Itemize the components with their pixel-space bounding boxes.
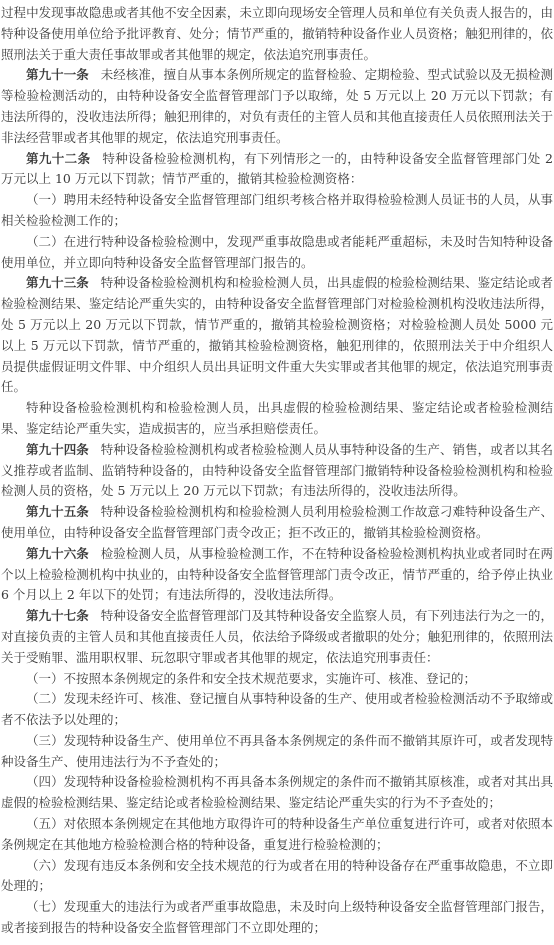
article-number: 第九十一条 (26, 67, 89, 82)
article-paragraph: 第九十七条特种设备安全监督管理部门及其特种设备安全监察人员，有下列违法行为之一的… (1, 606, 553, 668)
paragraph-text: （六）发现有违反本条例和安全技术规范的行为或者在用的特种设备存在严重事故隐患，不… (1, 858, 553, 894)
paragraph-text: （三）发现特种设备生产、使用单位不再具备本条例规定的条件而不撤销其原许可，或者发… (1, 733, 553, 769)
article-paragraph: 第九十六条检验检测人员，从事检验检测工作，不在特种设备检验检测机构执业或者同时在… (1, 544, 553, 606)
article-paragraph: 第九十二条特种设备检验检测机构，有下列情形之一的，由特种设备安全监督管理部门处 … (1, 149, 553, 191)
article-paragraph: 第九十四条特种设备检验检测机构或者检验检测人员从事特种设备的生产、销售，或者以其… (1, 440, 553, 502)
paragraph-text: （一）不按照本条例规定的条件和安全技术规范要求，实施许可、核准、登记的； (26, 671, 476, 686)
article-number: 第九十五条 (26, 504, 89, 519)
paragraph: （四）发现特种设备检验检测机构不再具备本条例规定的条件而不撤销其原核准，或者对其… (1, 772, 553, 814)
document-body: 过程中发现事故隐患或者其他不安全因素，未立即向现场安全管理人员和单位有关负责人报… (1, 3, 553, 939)
article-paragraph: 第九十五条特种设备检验检测机构和检验检测人员利用检验检测工作故意刁难特种设备生产… (1, 502, 553, 544)
paragraph: （五）对依照本条例规定在其他地方取得许可的特种设备生产单位重复进行许可，或者对依… (1, 814, 553, 856)
paragraph-text: （七）发现重大的违法行为或者严重事故隐患，未及时向上级特种设备安全监督管理部门报… (1, 899, 553, 935)
paragraph: 过程中发现事故隐患或者其他不安全因素，未立即向现场安全管理人员和单位有关负责人报… (1, 3, 553, 65)
paragraph-text: 特种设备检验检测机构和检验检测人员，出具虚假的检验检测结果、鉴定结论或者检验检测… (1, 400, 553, 436)
paragraph: （一）聘用未经特种设备安全监督管理部门组织考核合格并取得检验检测人员证书的人员，… (1, 190, 553, 232)
article-number: 第九十六条 (26, 546, 89, 561)
paragraph: （二）在进行特种设备检验检测中，发现严重事故隐患或者能耗严重超标，未及时告知特种… (1, 232, 553, 274)
paragraph-text: （二）在进行特种设备检验检测中，发现严重事故隐患或者能耗严重超标，未及时告知特种… (1, 234, 553, 270)
paragraph: （一）不按照本条例规定的条件和安全技术规范要求，实施许可、核准、登记的； (1, 669, 553, 690)
paragraph: （六）发现有违反本条例和安全技术规范的行为或者在用的特种设备存在严重事故隐患，不… (1, 856, 553, 898)
paragraph-text: （四）发现特种设备检验检测机构不再具备本条例规定的条件而不撤销其原核准，或者对其… (1, 774, 553, 810)
paragraph: 特种设备检验检测机构和检验检测人员，出具虚假的检验检测结果、鉴定结论或者检验检测… (1, 398, 553, 440)
document-page: 过程中发现事故隐患或者其他不安全因素，未立即向现场安全管理人员和单位有关负责人报… (0, 0, 554, 945)
paragraph-text: 过程中发现事故隐患或者其他不安全因素，未立即向现场安全管理人员和单位有关负责人报… (1, 5, 553, 62)
paragraph-text: （二）发现未经许可、核准、登记擅自从事特种设备的生产、使用或者检验检测活动不予取… (1, 691, 553, 727)
paragraph-text: 特种设备检验检测机构和检验检测人员，出具虚假的检验检测结果、鉴定结论或者检验检测… (1, 275, 553, 394)
paragraph: （七）发现重大的违法行为或者严重事故隐患，未及时向上级特种设备安全监督管理部门报… (1, 897, 553, 939)
paragraph: （二）发现未经许可、核准、登记擅自从事特种设备的生产、使用或者检验检测活动不予取… (1, 689, 553, 731)
article-number: 第九十七条 (26, 608, 89, 623)
article-paragraph: 第九十一条未经核准，擅自从事本条例所规定的监督检验、定期检验、型式试验以及无损检… (1, 65, 553, 148)
paragraph: （三）发现特种设备生产、使用单位不再具备本条例规定的条件而不撤销其原许可，或者发… (1, 731, 553, 773)
paragraph-text: （五）对依照本条例规定在其他地方取得许可的特种设备生产单位重复进行许可，或者对依… (1, 816, 553, 852)
article-number: 第九十四条 (26, 442, 89, 457)
article-number: 第九十二条 (26, 151, 90, 166)
article-paragraph: 第九十三条特种设备检验检测机构和检验检测人员，出具虚假的检验检测结果、鉴定结论或… (1, 273, 553, 398)
paragraph-text: （一）聘用未经特种设备安全监督管理部门组织考核合格并取得检验检测人员证书的人员，… (1, 192, 553, 228)
article-number: 第九十三条 (26, 275, 89, 290)
